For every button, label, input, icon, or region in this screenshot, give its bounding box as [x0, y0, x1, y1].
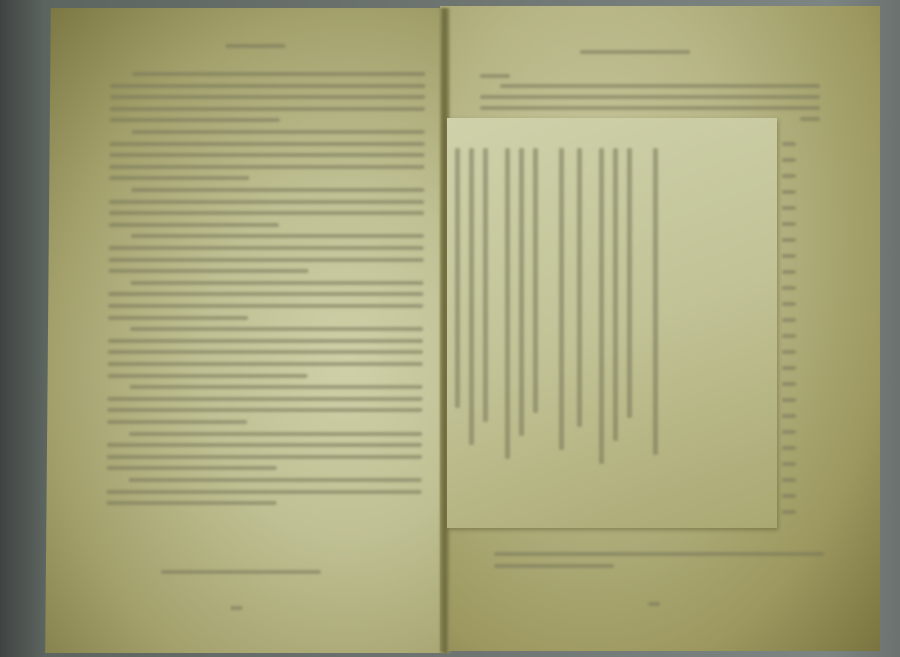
- text-line: [782, 142, 796, 146]
- table-column: [533, 148, 538, 413]
- table-column: [483, 148, 488, 422]
- text-line: [782, 206, 796, 210]
- text-line: [782, 398, 796, 402]
- table-column: [577, 148, 582, 427]
- text-line: [107, 420, 247, 424]
- text-line: [782, 430, 796, 434]
- text-line: [107, 397, 422, 401]
- text-line: [109, 246, 424, 250]
- text-line: [800, 117, 820, 121]
- text-line: [782, 414, 796, 418]
- footer-line: [494, 564, 614, 568]
- table-column: [559, 148, 564, 450]
- text-line: [782, 254, 796, 258]
- table-column: [599, 148, 604, 464]
- text-line: [129, 385, 422, 389]
- text-line: [782, 382, 796, 386]
- text-line: [782, 318, 796, 322]
- text-line: [782, 350, 796, 354]
- text-line: [129, 432, 422, 436]
- text-line: [109, 269, 309, 273]
- table-column: [653, 148, 658, 455]
- text-line: [782, 478, 796, 482]
- text-line: [782, 222, 796, 226]
- text-line: [131, 234, 424, 238]
- text-line: [108, 304, 423, 308]
- text-line: [108, 292, 423, 296]
- text-line: [782, 446, 796, 450]
- text-line: [107, 455, 422, 459]
- text-line: [130, 327, 423, 331]
- text-line: [109, 176, 249, 180]
- text-line: [480, 106, 820, 110]
- table-column: [613, 148, 618, 441]
- text-line: [110, 153, 425, 157]
- text-line: [108, 362, 423, 366]
- text-line: [108, 374, 308, 378]
- text-line: [782, 174, 796, 178]
- text-line: [108, 350, 423, 354]
- running-head: [225, 44, 285, 48]
- text-line: [132, 72, 425, 76]
- text-line: [130, 281, 423, 285]
- page-number: [231, 606, 243, 610]
- text-line: [107, 466, 277, 470]
- footer-line: [161, 570, 321, 574]
- text-line: [782, 334, 796, 338]
- text-line: [131, 188, 424, 192]
- text-line: [782, 286, 796, 290]
- book-photo: [0, 0, 900, 657]
- text-line: [782, 190, 796, 194]
- text-line: [782, 238, 796, 242]
- text-line: [129, 478, 422, 482]
- text-line: [107, 408, 422, 412]
- table-column: [469, 148, 474, 445]
- text-line: [109, 223, 279, 227]
- text-line: [110, 95, 425, 99]
- text-line: [782, 510, 796, 514]
- text-line: [106, 501, 276, 505]
- text-line: [782, 494, 796, 498]
- table-column: [455, 148, 460, 408]
- text-line: [110, 107, 425, 111]
- table-column: [519, 148, 524, 436]
- text-line: [109, 211, 424, 215]
- text-line: [782, 270, 796, 274]
- text-line: [109, 258, 424, 262]
- text-line: [110, 84, 425, 88]
- text-line: [500, 84, 820, 88]
- left-page: [45, 8, 451, 653]
- footer-line: [494, 552, 824, 556]
- text-line: [782, 462, 796, 466]
- table-insert-sheet: [447, 118, 777, 528]
- text-line: [107, 490, 422, 494]
- text-line: [132, 130, 425, 134]
- text-line: [110, 142, 425, 146]
- running-head: [580, 50, 690, 54]
- text-line: [782, 158, 796, 162]
- text-line: [480, 74, 510, 78]
- table-column: [505, 148, 510, 459]
- text-line: [108, 316, 248, 320]
- text-line: [110, 118, 280, 122]
- text-line: [782, 302, 796, 306]
- text-line: [782, 366, 796, 370]
- text-line: [109, 165, 424, 169]
- page-number: [648, 602, 660, 606]
- text-line: [108, 339, 423, 343]
- text-line: [107, 443, 422, 447]
- text-line: [480, 95, 820, 99]
- text-line: [109, 200, 424, 204]
- table-column: [627, 148, 632, 418]
